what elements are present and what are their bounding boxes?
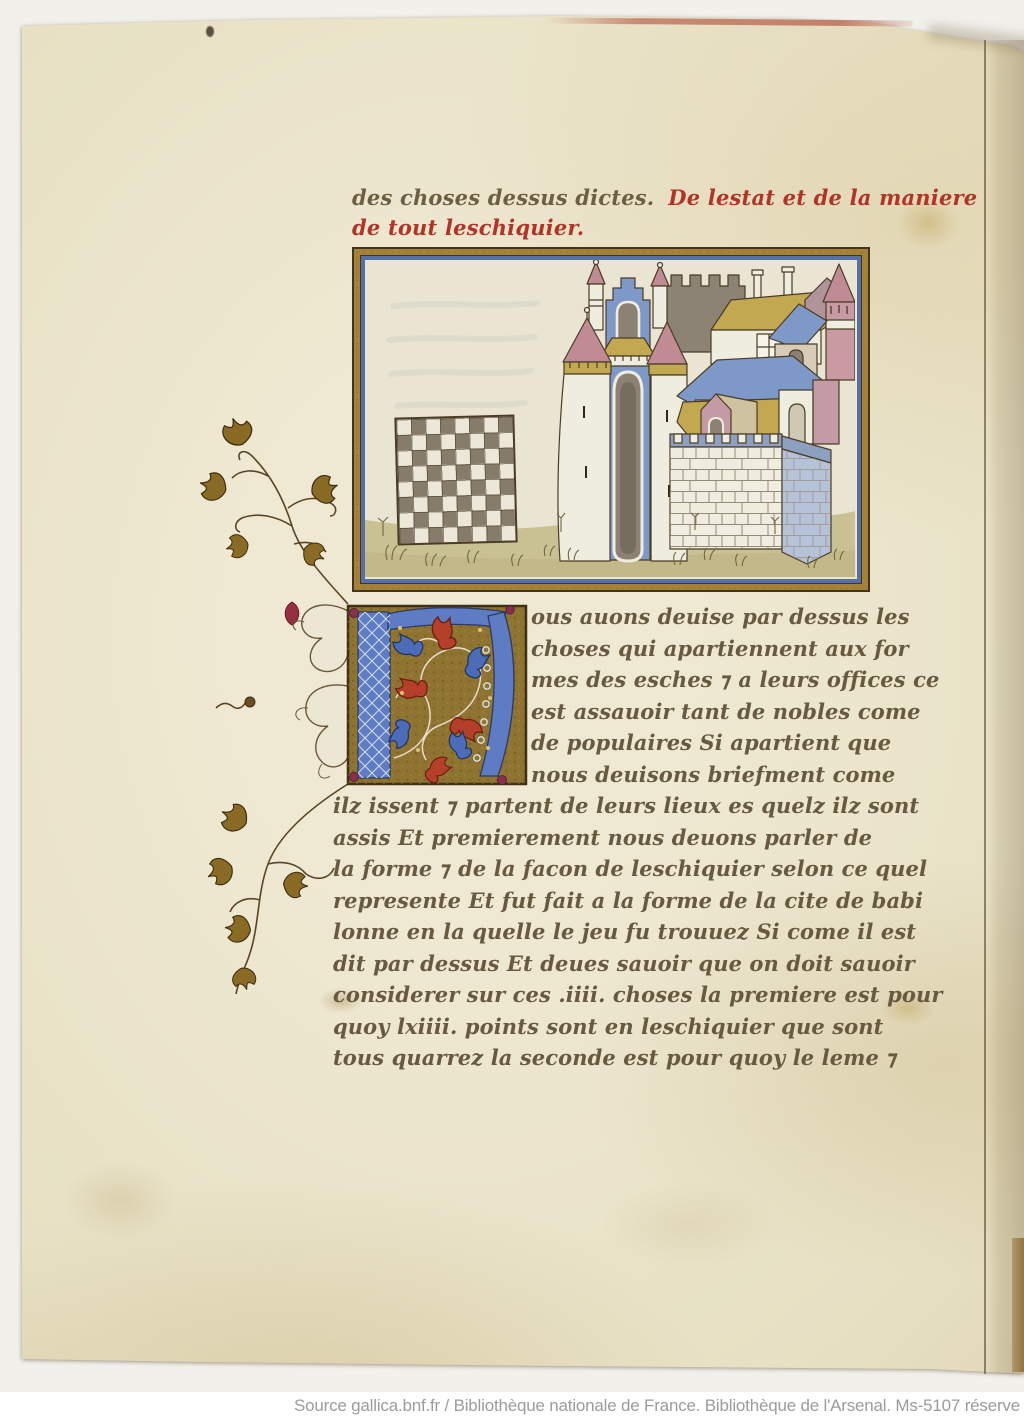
ink-speck — [206, 26, 214, 37]
text-block-indented: ous auons deuise par dessus les choses q… — [531, 601, 901, 790]
miniature-frame-gold — [352, 247, 870, 592]
gallica-source-caption: Source gallica.bnf.fr / Bibliothèque nat… — [0, 1392, 1024, 1420]
manuscript-line: considerer sur ces .iiii. choses la prem… — [333, 979, 898, 1011]
manuscript-line: represente Et fut fait a la forme de la … — [333, 885, 898, 917]
book-fore-edge — [1012, 1238, 1024, 1372]
manuscript-line: dit par dessus Et deues sauoir que on do… — [333, 948, 898, 980]
parchment-stain — [600, 1180, 780, 1270]
ashlar-bricks — [670, 447, 782, 549]
penwork-flourish — [302, 605, 350, 767]
manuscript-line: nous deuisons briefment come — [531, 759, 901, 791]
show-through-lines — [389, 303, 537, 406]
finial-ball — [594, 260, 599, 265]
pink-wall — [813, 380, 839, 444]
wall-merlons — [674, 434, 778, 443]
manuscript-line: mes des esches ⁊ a leurs offices ce — [531, 664, 901, 696]
manuscript-line: la forme ⁊ de la facon de leschiquier se… — [333, 853, 898, 885]
rubric-heading: des choses dessus dictes.De lestat et de… — [352, 183, 977, 243]
manuscript-line: quoy lxiiii. points sont en leschiquier … — [333, 1011, 898, 1043]
parchment-stain — [60, 1160, 180, 1240]
ashlar-bricks-side — [782, 449, 831, 564]
rubric-red-text: De lestat et de la maniere — [668, 185, 977, 210]
finial-ball — [585, 308, 590, 313]
arch-interior — [620, 382, 636, 554]
manuscript-line: tous quarrez la seconde est pour quoy le… — [333, 1042, 898, 1074]
pink-tower-parapet — [826, 320, 855, 329]
manuscript-line: ilz issent ⁊ partent de leurs lieux es q… — [333, 790, 898, 822]
miniature-frame-blue — [361, 256, 861, 583]
manuscript-line: assis Et premierement nous deuons parler… — [333, 822, 898, 854]
left-tower-cone — [563, 318, 611, 362]
text-block-full-width: ilz issent ⁊ partent de leurs lieux es q… — [333, 790, 898, 1074]
page-gutter-fold — [984, 40, 1024, 1374]
letter-lattice — [358, 612, 390, 778]
finial-ball — [658, 263, 663, 268]
illuminated-initial-N — [288, 598, 532, 792]
chessboard — [394, 414, 517, 545]
manuscript-scan-viewer: des choses dessus dictes.De lestat et de… — [0, 0, 1024, 1420]
rubric-line-1: des choses dessus dictes.De lestat et de… — [352, 183, 977, 213]
right-tower-band — [649, 364, 687, 375]
left-tower-body — [558, 374, 610, 561]
castle-group — [558, 260, 855, 564]
turret-cone — [651, 265, 669, 286]
pink-tower-body — [826, 302, 855, 380]
turret-body — [653, 286, 667, 328]
turret-cone — [587, 262, 605, 284]
manuscript-line: est assauoir tant de nobles come — [531, 696, 901, 728]
manuscript-line: ous auons deuise par dessus les — [531, 601, 901, 633]
manuscript-line: de populaires Si apartient que — [531, 727, 901, 759]
vine-ball — [245, 697, 255, 707]
manuscript-line: choses qui apartiennent aux for — [531, 633, 901, 665]
turret-body — [589, 284, 603, 330]
annex-arch — [789, 404, 805, 444]
rubric-brown-text: des choses dessus dictes. — [352, 185, 654, 210]
miniature-city-scene — [365, 260, 857, 579]
manuscript-line: lonne en la quelle le jeu fu trouuez Si … — [333, 916, 898, 948]
rubric-line-2: de tout leschiquier. — [352, 213, 977, 243]
